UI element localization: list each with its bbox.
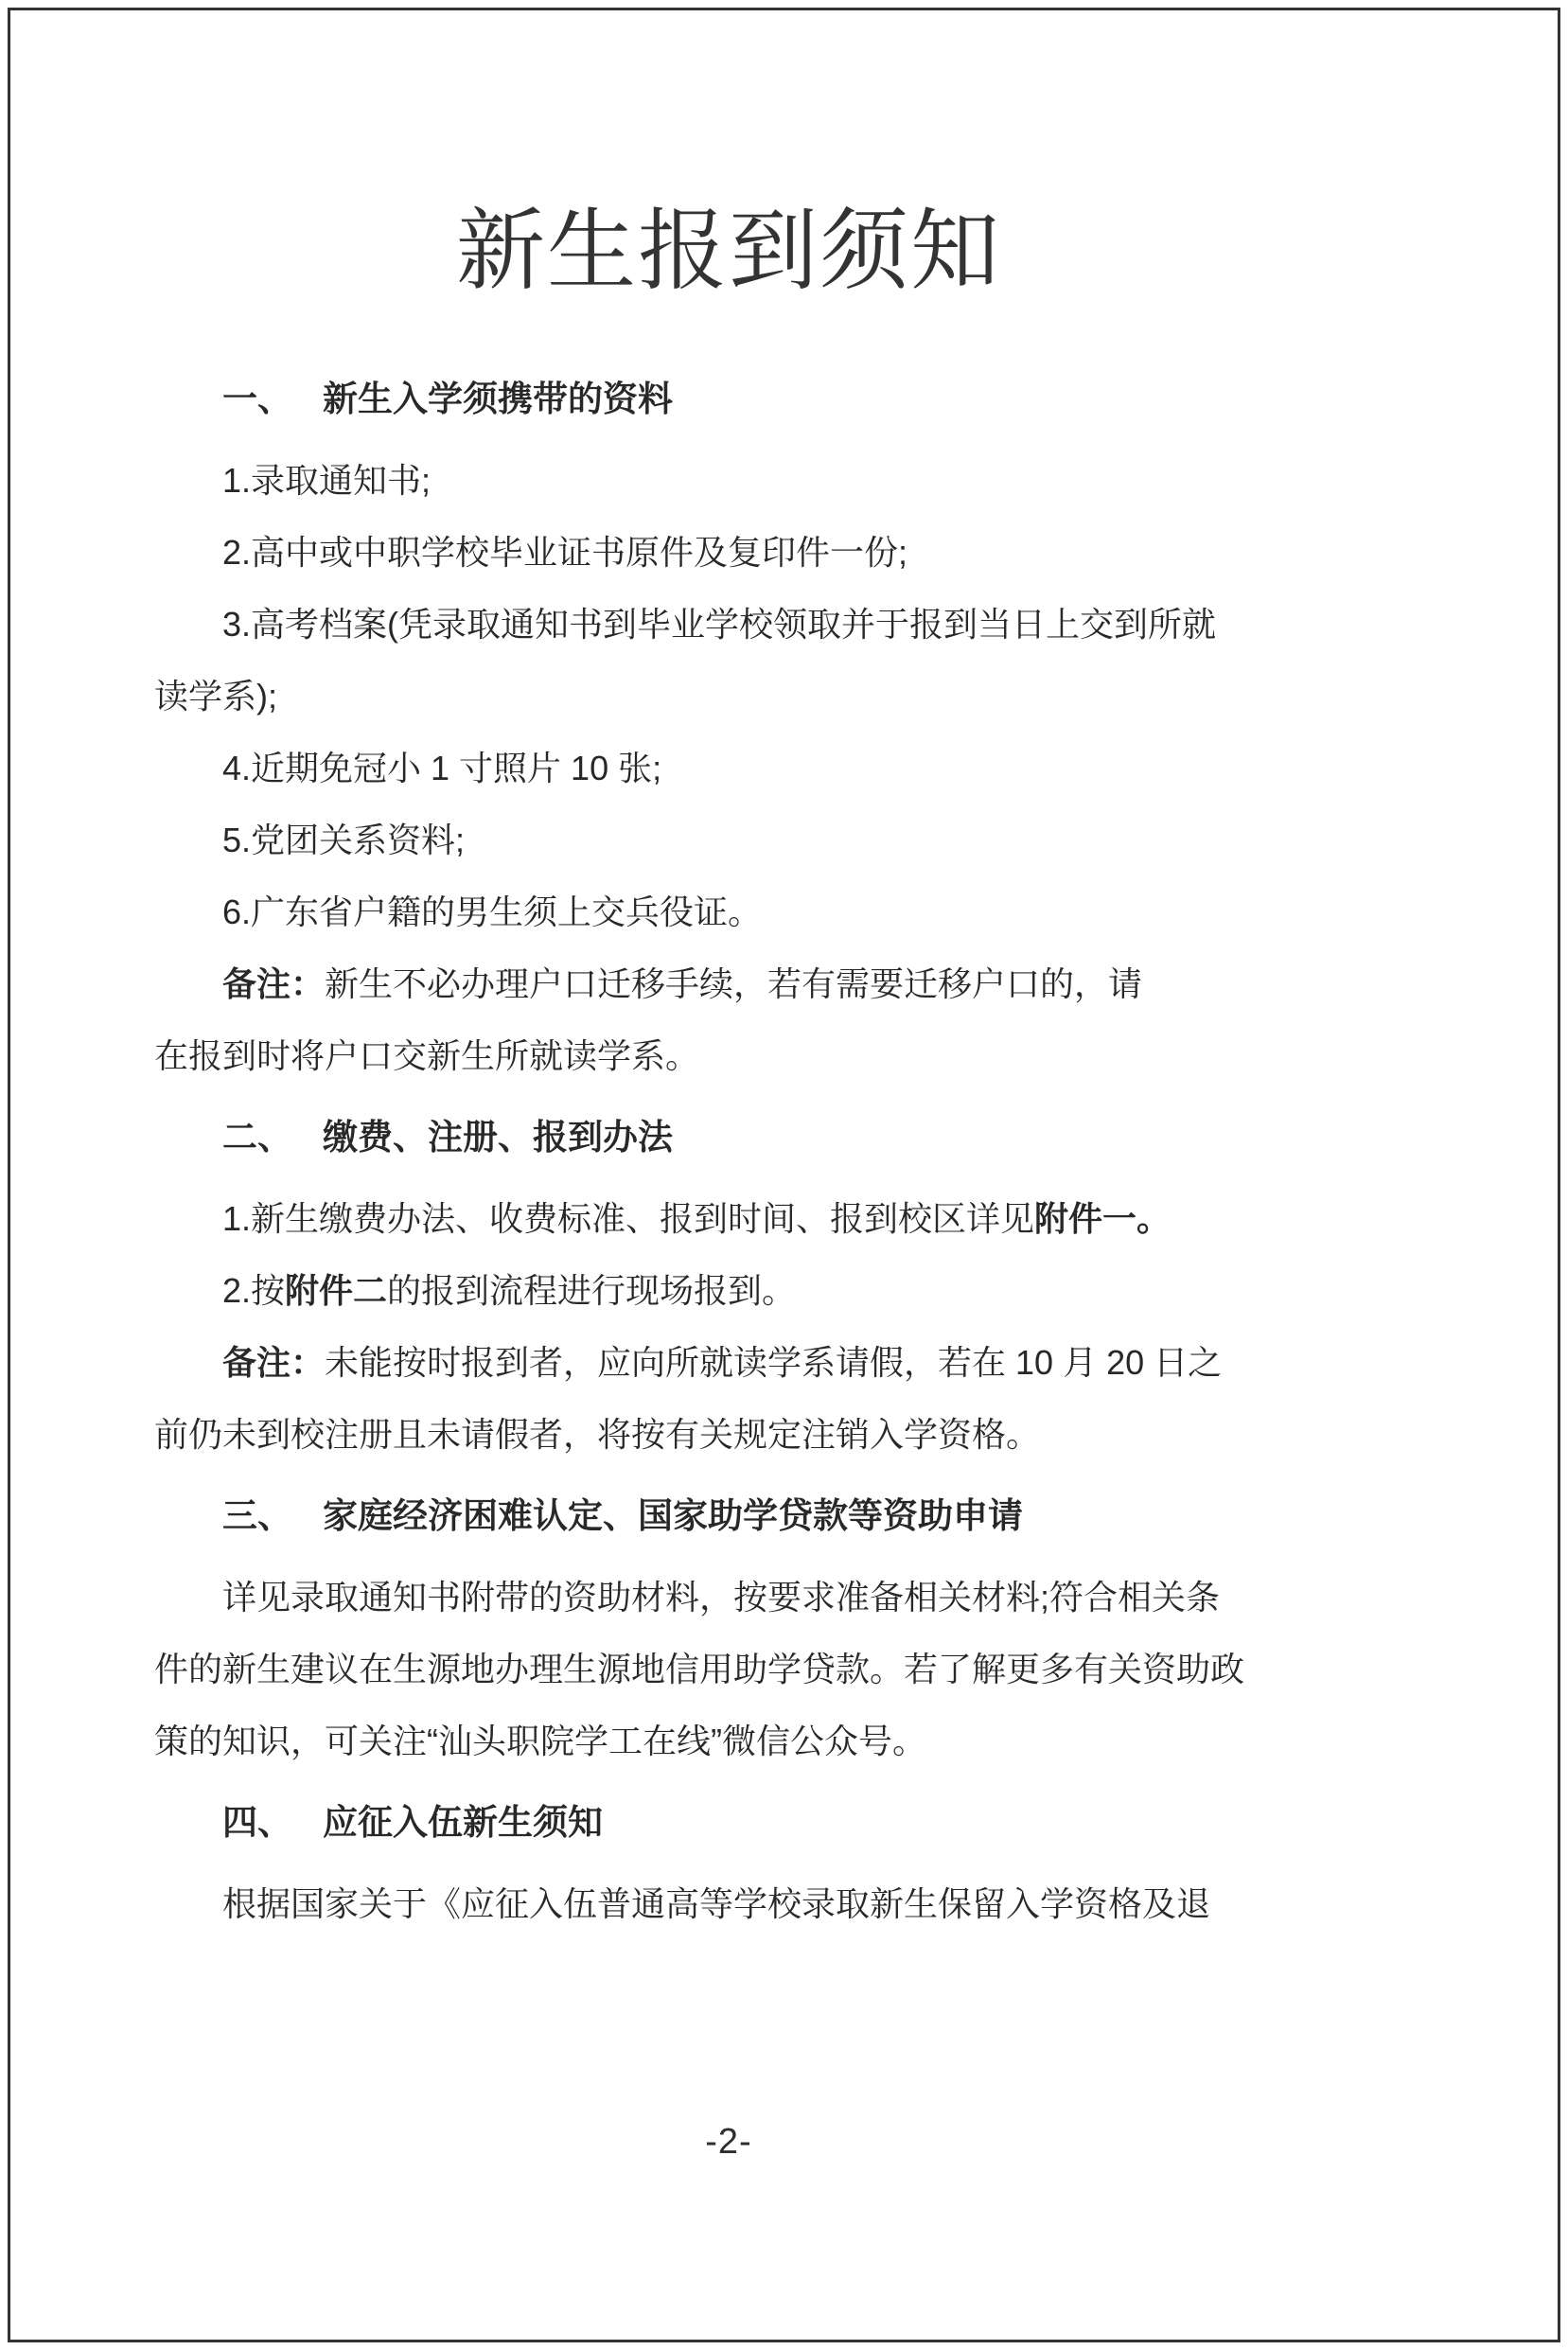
section-heading: 二、缴费、注册、报到办法: [154, 1102, 1375, 1174]
paragraph: 4.近期免冠小 1 寸照片 10 张;: [154, 733, 1375, 804]
text-run: 1.录取通知书;: [222, 461, 431, 500]
section-title: 缴费、注册、报到办法: [323, 1118, 673, 1157]
text-run: 1.新生缴费办法、收费标准、报到时间、报到校区详见: [222, 1199, 1034, 1238]
section-title: 家庭经济困难认定、国家助学贷款等资助申请: [323, 1496, 1023, 1535]
section-title: 应征入伍新生须知: [323, 1803, 603, 1842]
paragraph: 备注：新生不必办理户口迁移手续，若有需要迁移户口的，请 在报到时将户口交新生所就…: [154, 948, 1375, 1092]
text-run: 3.高考档案(凭录取通知书到毕业学校领取并于报到当日上交到所就 读学系);: [154, 605, 1216, 716]
bold-text-run: 附件一。: [1034, 1199, 1171, 1238]
text-run: 的报到流程进行现场报到。: [387, 1271, 796, 1310]
document-body: 一、新生入学须携带的资料1.录取通知书;2.高中或中职学校毕业证书原件及复印件一…: [154, 354, 1375, 1940]
section-marker: 四、: [222, 1803, 292, 1842]
text-run: 4.近期免冠小 1 寸照片 10 张;: [222, 749, 661, 787]
paragraph: 备注：未能按时报到者，应向所就读学系请假，若在 10 月 20 日之 前仍未到校…: [154, 1327, 1375, 1471]
section-marker: 一、: [222, 380, 292, 418]
text-run: 2.高中或中职学校毕业证书原件及复印件一份;: [222, 533, 907, 572]
text-run: 5.党团关系资料;: [222, 821, 465, 859]
document-title: 新生报到须知: [114, 206, 1344, 295]
section-marker: 三、: [222, 1496, 292, 1535]
section-title: 新生入学须携带的资料: [323, 380, 673, 418]
section-heading: 四、应征入伍新生须知: [154, 1787, 1375, 1859]
text-run: 根据国家关于《应征入伍普通高等学校录取新生保留入学资格及退: [222, 1884, 1210, 1923]
bold-text-run: 备注：: [222, 964, 325, 1003]
bold-text-run: 附件二: [285, 1271, 387, 1310]
text-run: 详见录取通知书附带的资助材料，按要求准备相关材料;符合相关条 件的新生建议在生源…: [154, 1578, 1244, 1760]
paragraph: 2.按附件二的报到流程进行现场报到。: [154, 1255, 1375, 1327]
paragraph: 1.新生缴费办法、收费标准、报到时间、报到校区详见附件一。: [154, 1183, 1375, 1255]
paragraph: 2.高中或中职学校毕业证书原件及复印件一份;: [154, 517, 1375, 589]
paragraph: 根据国家关于《应征入伍普通高等学校录取新生保留入学资格及退: [154, 1868, 1375, 1940]
section-heading: 三、家庭经济困难认定、国家助学贷款等资助申请: [154, 1480, 1375, 1552]
paragraph: 详见录取通知书附带的资助材料，按要求准备相关材料;符合相关条 件的新生建议在生源…: [154, 1562, 1375, 1777]
section-heading: 一、新生入学须携带的资料: [154, 363, 1375, 435]
bold-text-run: 备注：: [222, 1343, 325, 1382]
page-number: -2-: [114, 2122, 1344, 2163]
text-run: 2.按: [222, 1271, 285, 1310]
paragraph: 1.录取通知书;: [154, 445, 1375, 517]
paragraph: 5.党团关系资料;: [154, 804, 1375, 876]
section-marker: 二、: [222, 1118, 292, 1157]
paragraph: 3.高考档案(凭录取通知书到毕业学校领取并于报到当日上交到所就 读学系);: [154, 589, 1375, 733]
text-run: 6.广东省户籍的男生须上交兵役证。: [222, 892, 762, 931]
paragraph: 6.广东省户籍的男生须上交兵役证。: [154, 876, 1375, 948]
